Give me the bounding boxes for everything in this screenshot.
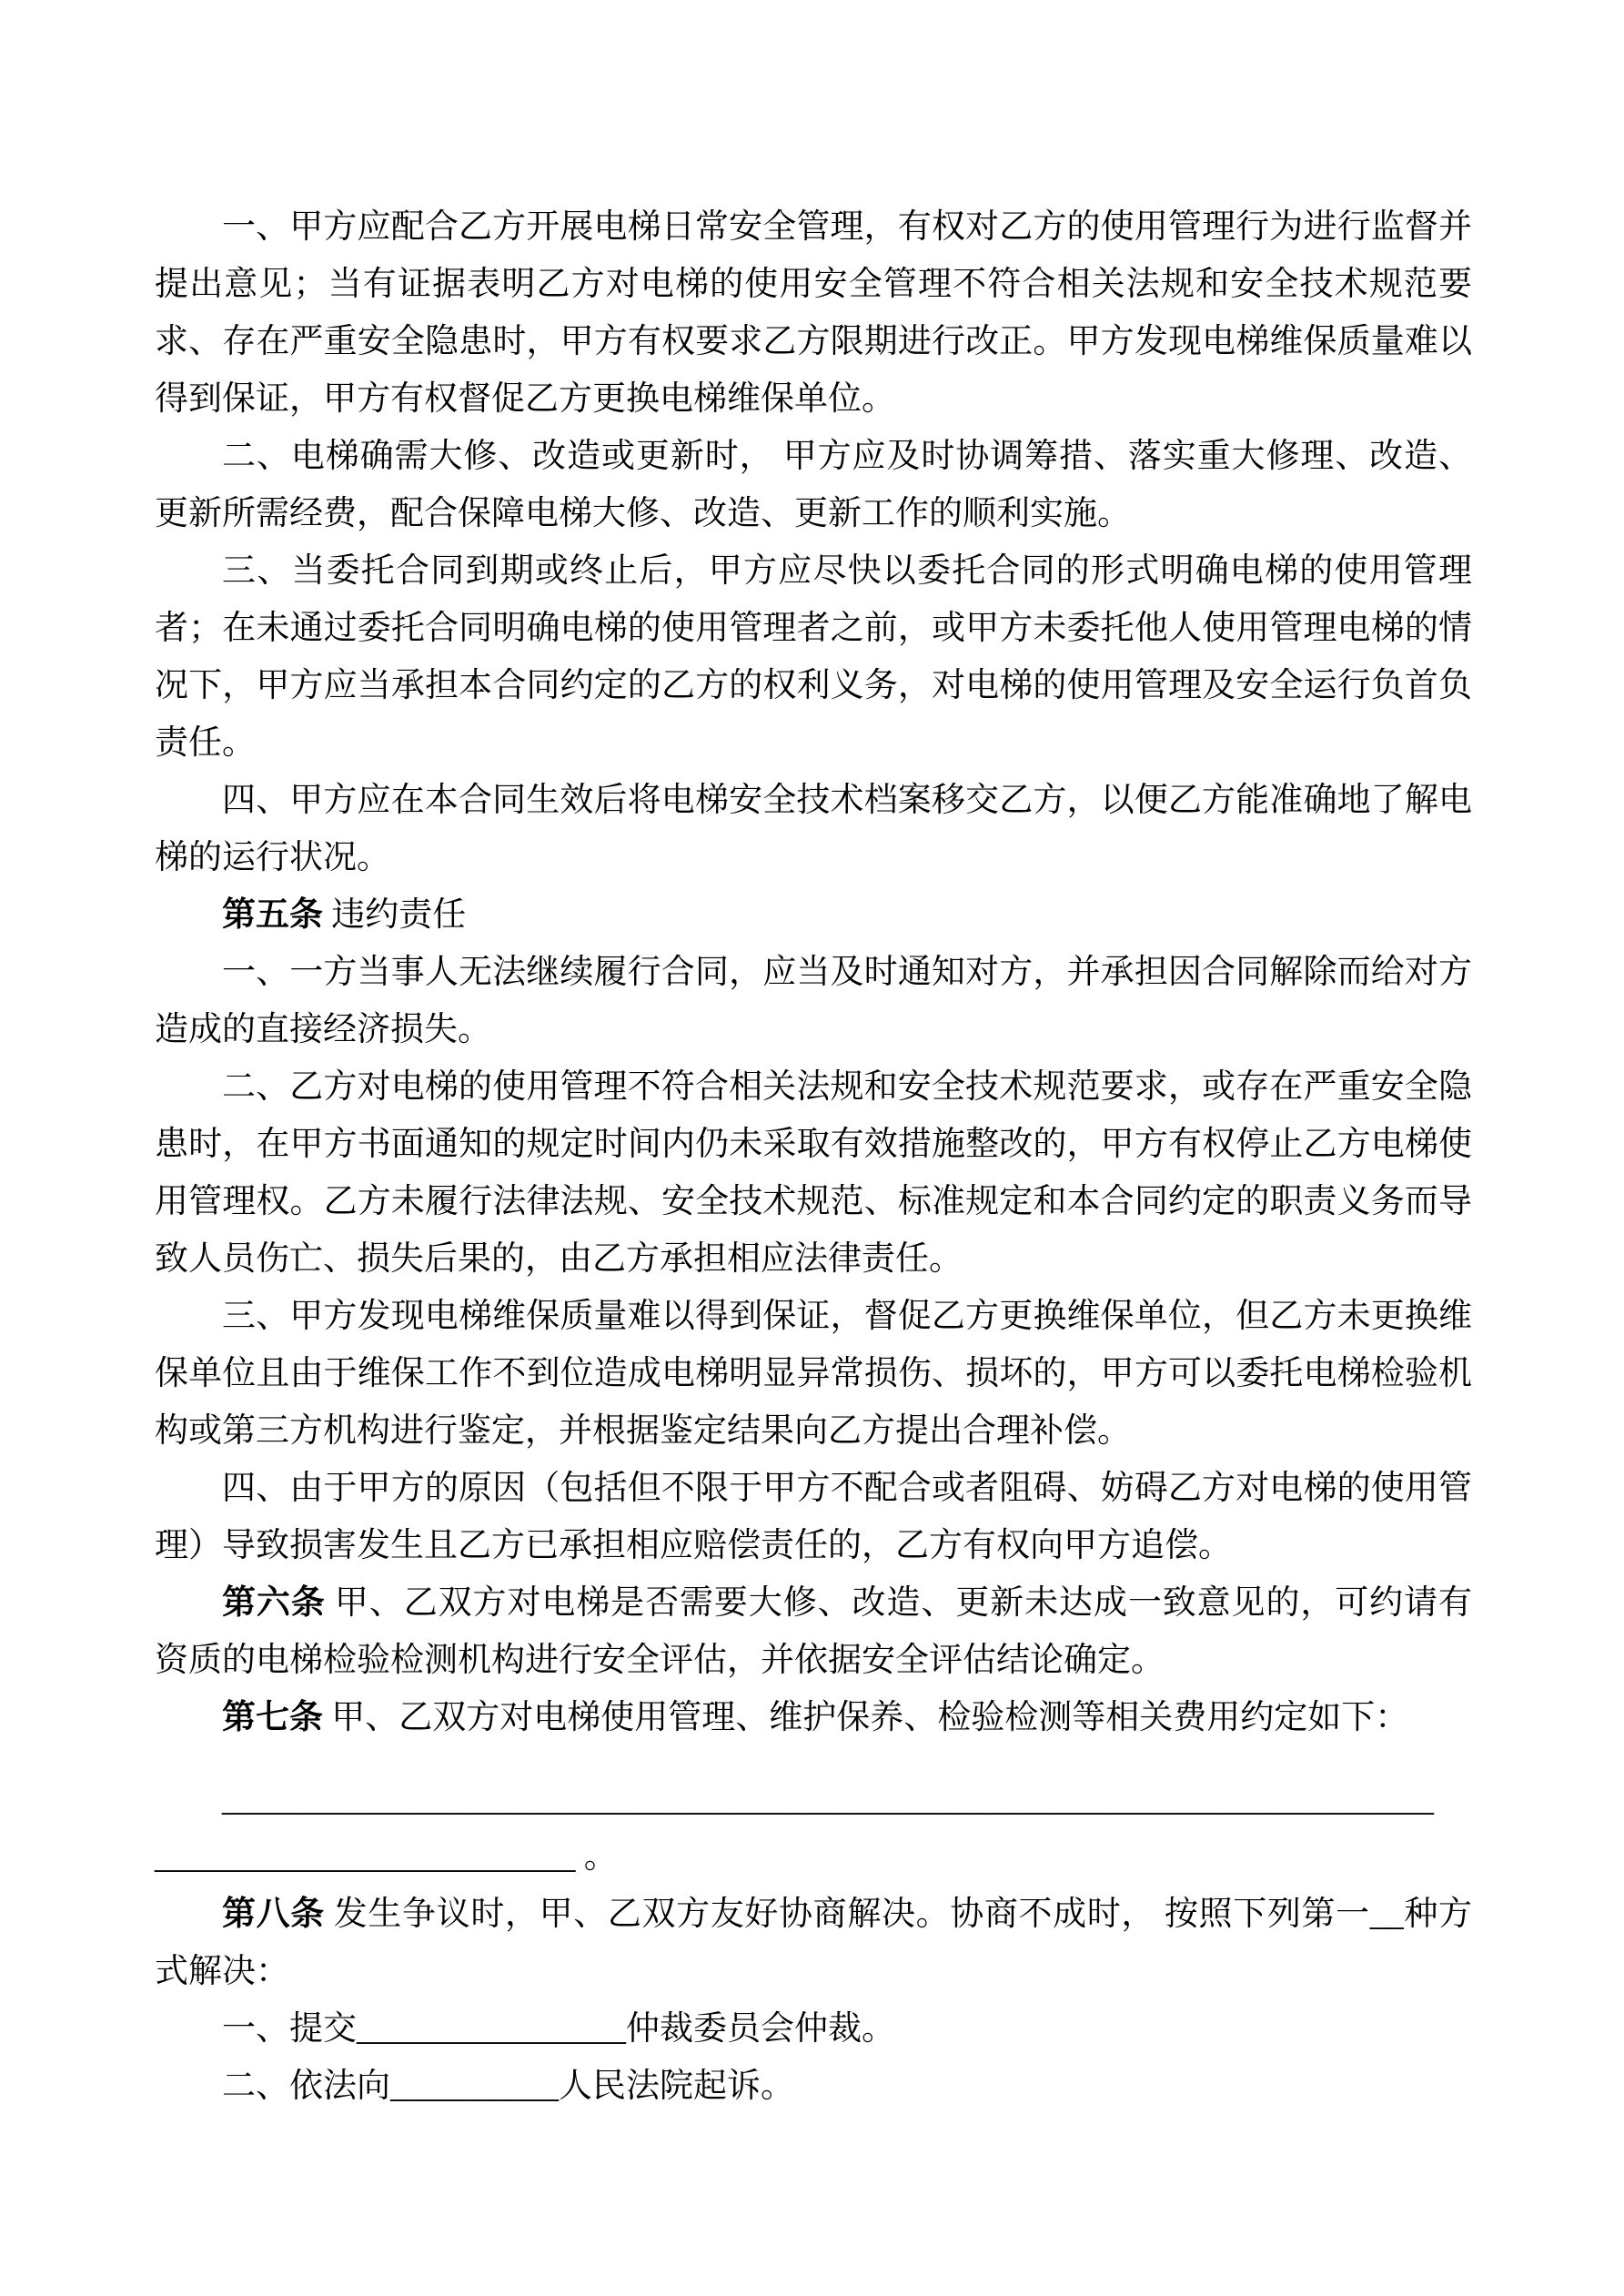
clause-text: 一、甲方应配合乙方开展电梯日常安全管理，有权对乙方的使用管理行为进行监督并提出意… bbox=[155, 208, 1472, 418]
paragraph-article-5-item-2: 二、乙方对电梯的使用管理不符合相关法规和安全技术规范要求，或存在严重安全隐患时，… bbox=[155, 1058, 1472, 1288]
clause-text: 发生争议时，甲、乙双方友好协商解决。协商不成时， 按照下列第一__种方式解决： bbox=[155, 1896, 1472, 1990]
paragraph-article-7: 第七条 甲、乙双方对电梯使用管理、维护保养、检验检测等相关费用约定如下： bbox=[155, 1689, 1472, 1746]
clause-text: 二、依法向__________人民法院起诉。 bbox=[222, 2068, 794, 2105]
fee-blank-line-1: ________________________________________… bbox=[155, 1771, 1472, 1828]
paragraph-article-5-item-1: 一、一方当事人无法继续履行合同，应当及时通知对方，并承担因合同解除而给对方造成的… bbox=[155, 944, 1472, 1058]
fill-in-blank-line: ________________________________________… bbox=[222, 1781, 1434, 1818]
fill-in-blank-line: _________________________ 。 bbox=[155, 1838, 618, 1876]
article-7-label: 第七条 bbox=[222, 1699, 323, 1736]
paragraph-party-a-duty-3: 三、当委托合同到期或终止后，甲方应尽快以委托合同的形式明确电梯的使用管理者；在未… bbox=[155, 542, 1472, 772]
paragraph-party-a-duty-1: 一、甲方应配合乙方开展电梯日常安全管理，有权对乙方的使用管理行为进行监督并提出意… bbox=[155, 198, 1472, 428]
clause-text: 甲、乙双方对电梯使用管理、维护保养、检验检测等相关费用约定如下： bbox=[323, 1699, 1408, 1736]
clause-text: 二、乙方对电梯的使用管理不符合相关法规和安全技术规范要求，或存在严重安全隐患时，… bbox=[155, 1068, 1472, 1278]
paragraph-article-5-item-4: 四、由于甲方的原因（包括但不限于甲方不配合或者阻碍、妨碍乙方对电梯的使用管理）导… bbox=[155, 1460, 1472, 1574]
clause-text: 三、当委托合同到期或终止后，甲方应尽快以委托合同的形式明确电梯的使用管理者；在未… bbox=[155, 552, 1472, 762]
paragraph-court-option: 二、依法向__________人民法院起诉。 bbox=[155, 2058, 1472, 2115]
paragraph-arbitration-option: 一、提交________________仲裁委员会仲裁。 bbox=[155, 2000, 1472, 2058]
paragraph-party-a-duty-4: 四、甲方应在本合同生效后将电梯安全技术档案移交乙方，以便乙方能准确地了解电梯的运… bbox=[155, 772, 1472, 886]
clause-text: 二、电梯确需大修、改造或更新时， 甲方应及时协调筹措、落实重大修理、改造、更新所… bbox=[155, 438, 1472, 532]
clause-text: 一、一方当事人无法继续履行合同，应当及时通知对方，并承担因合同解除而给对方造成的… bbox=[155, 954, 1472, 1048]
clause-text: 甲、乙双方对电梯是否需要大修、改造、更新未达成一致意见的，可约请有资质的电梯检验… bbox=[155, 1584, 1472, 1679]
clause-text: 三、甲方发现电梯维保质量难以得到保证，督促乙方更换维保单位，但乙方未更换维保单位… bbox=[155, 1298, 1472, 1450]
contract-document-page: 一、甲方应配合乙方开展电梯日常安全管理，有权对乙方的使用管理行为进行监督并提出意… bbox=[0, 0, 1624, 2296]
paragraph-article-8: 第八条 发生争议时，甲、乙双方友好协商解决。协商不成时， 按照下列第一__种方式… bbox=[155, 1886, 1472, 2000]
article-5-label: 第五条 bbox=[222, 896, 323, 934]
clause-text: 四、由于甲方的原因（包括但不限于甲方不配合或者阻碍、妨碍乙方对电梯的使用管理）导… bbox=[155, 1470, 1472, 1564]
article-8-label: 第八条 bbox=[222, 1896, 325, 1933]
clause-text: 一、提交________________仲裁委员会仲裁。 bbox=[222, 2010, 895, 2048]
paragraph-article-6: 第六条 甲、乙双方对电梯是否需要大修、改造、更新未达成一致意见的，可约请有资质的… bbox=[155, 1574, 1472, 1689]
fee-blank-line-2: _________________________ 。 bbox=[155, 1828, 1472, 1886]
clause-text: 四、甲方应在本合同生效后将电梯安全技术档案移交乙方，以便乙方能准确地了解电梯的运… bbox=[155, 782, 1472, 876]
article-6-label: 第六条 bbox=[222, 1584, 326, 1622]
article-5-title: 违约责任 bbox=[323, 896, 466, 934]
paragraph-article-5-heading: 第五条 违约责任 bbox=[155, 886, 1472, 944]
paragraph-party-a-duty-2: 二、电梯确需大修、改造或更新时， 甲方应及时协调筹措、落实重大修理、改造、更新所… bbox=[155, 428, 1472, 542]
paragraph-article-5-item-3: 三、甲方发现电梯维保质量难以得到保证，督促乙方更换维保单位，但乙方未更换维保单位… bbox=[155, 1288, 1472, 1460]
